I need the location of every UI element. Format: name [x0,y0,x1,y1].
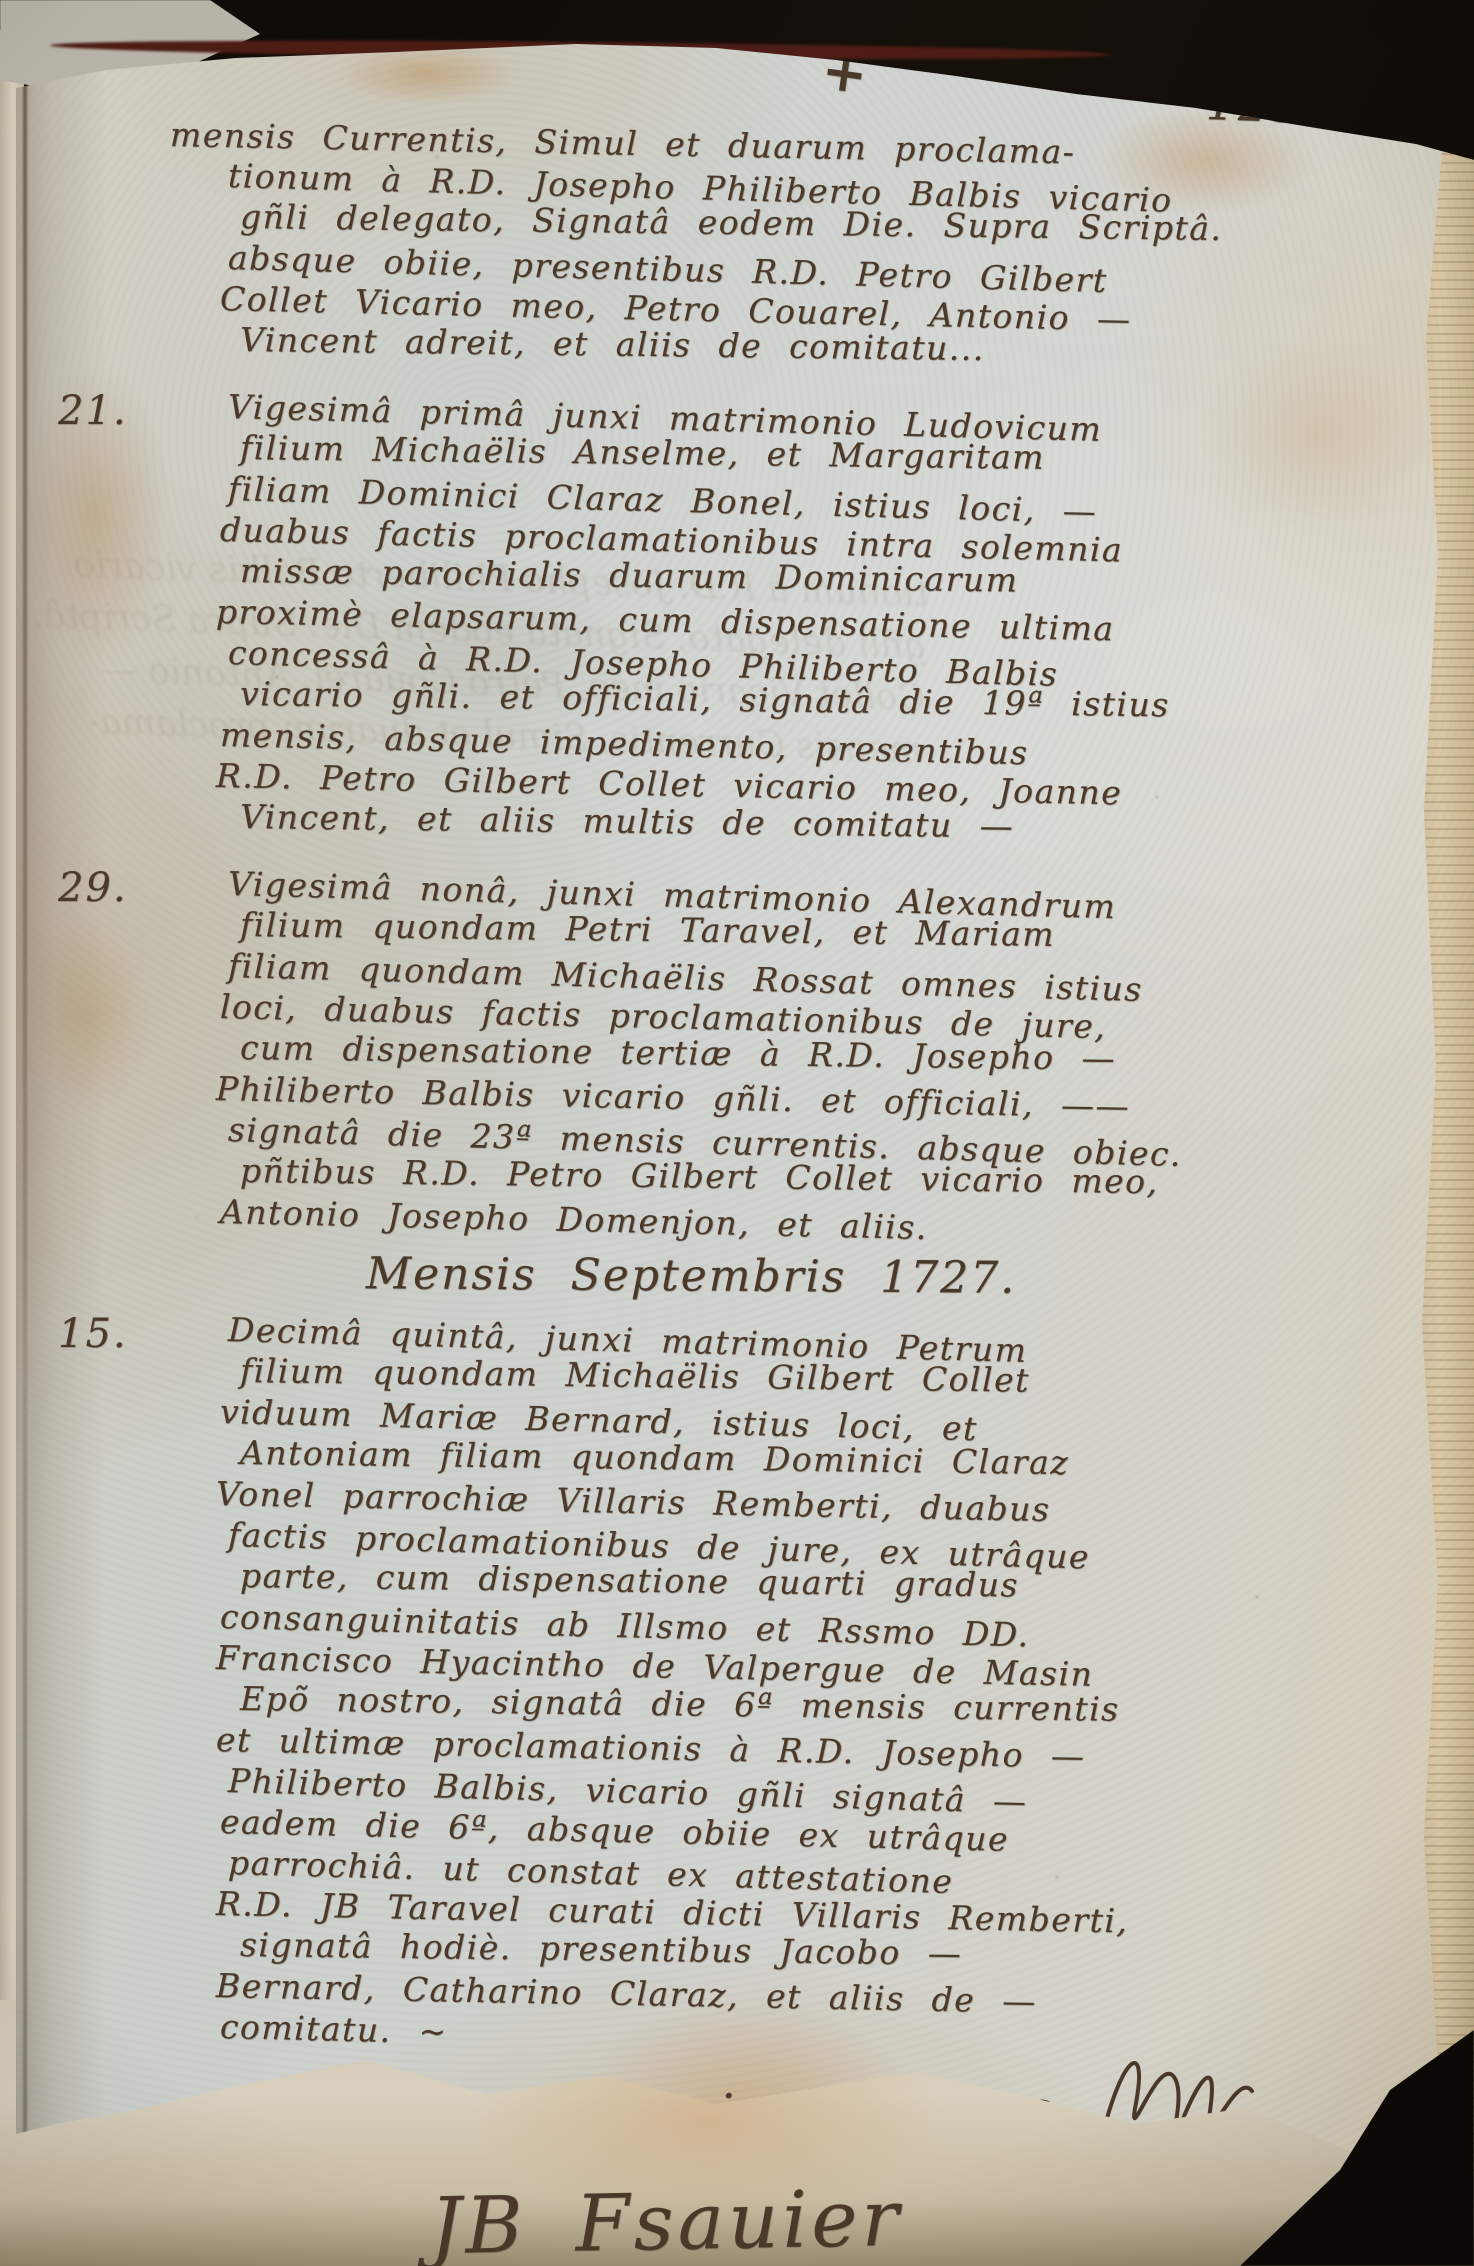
entry-continuation: mensis Currentis, Simul et duarum procla… [216,114,1446,360]
manuscript-photo: JB Fsauier tionum à R.D. Josepho Philibe… [0,0,1474,2266]
entry-29: 29. Vigesimâ nonâ, junxi matrimonio Alex… [216,863,1446,1232]
manuscript-line: mensis Currentis, Simul et duarum procla… [170,114,1447,179]
manuscript-line: loci, duabus factis proclamationibus de … [220,986,1447,1055]
manuscript-line: Collet Vicario meo, Petro Couarel, Anton… [220,278,1447,347]
page-number: 123. [1205,76,1321,134]
manuscript-line: parrochiâ. ut constat ex attestatione [227,1842,1446,1915]
manuscript-line: R.D. Petro Gilbert Collet vicario meo, J… [216,755,1447,820]
manuscript-line: viduum Mariæ Bernard, istius loci, et [220,1391,1447,1460]
stain [22,366,172,666]
manuscript-line: Antoniam filiam quondam Dominici Claraz [240,1432,1446,1488]
entry-number-21: 21. [58,388,128,434]
manuscript-line: signatâ hodiè. presentibus Jacobo — [240,1924,1446,1980]
manuscript-line: filiam quondam Michaëlis Rossat omnes is… [227,945,1446,1018]
manuscript-line: filium quondam Michaëlis Gilbert Collet [240,1350,1446,1406]
manuscript-line: factis proclamationibus de jure, ex utrâ… [227,1514,1446,1587]
manuscript-line: Vincent adreit, et aliis de comitatu... [240,319,1446,375]
manuscript-line: duabus factis proclamationibus intra sol… [220,509,1447,578]
manuscript-line: Philiberto Balbis, vicario gñli signatâ … [227,1760,1446,1833]
manuscript-line: missæ parochialis duarum Dominicarum [240,550,1446,606]
manuscript-line: filium quondam Petri Taravel, et Mariam [240,904,1446,960]
stain [1196,336,1436,536]
manuscript-line: Vonel parrochiæ Villaris Remberti, duabu… [216,1473,1447,1538]
manuscript-line: R.D. JB Taravel curati dicti Villaris Re… [216,1883,1447,1948]
entry-number-15: 15. [58,1311,128,1357]
manuscript-line: absque obiie, presentibus R.D. Petro Gil… [227,237,1446,310]
manuscript-line: Antonio Josepho Domenjon, et aliis. [220,1191,1447,1260]
entry-21: 21. Vigesimâ primâ junxi matrimonio Ludo… [216,386,1446,837]
manuscript-line: proximè elapsarum, cum dispensatione ult… [216,591,1447,656]
entry-number-29: 29. [58,865,128,911]
manuscript-line: Vigesimâ nonâ, junxi matrimonio Alexandr… [227,863,1446,936]
manuscript-line: filium Michaëlis Anselme, et Margaritam [240,427,1446,483]
manuscript-line: comitatu. ~ [220,2006,1447,2075]
entry-15: 15. Decimâ quintâ, junxi matrimonio Petr… [216,1309,1446,2047]
manuscript-line: cum dispensatione tertiæ à R.D. Josepho … [240,1027,1446,1083]
manuscript-line: filiam Dominici Claraz Bonel, istius loc… [227,468,1446,541]
manuscript-line: eadem die 6ª, absque obiie ex utrâque [220,1801,1447,1870]
manuscript-line: Bernard, Catharino Claraz, et aliis de — [216,1965,1447,2030]
manuscript-line: tionum à R.D. Josepho Philiberto Balbis … [227,155,1446,228]
manuscript-line: Philiberto Balbis vicario gñli. et offic… [216,1068,1447,1133]
stain [1096,106,1316,216]
next-page-signature-glimpse: JB Fsauier [429,2174,903,2266]
month-heading: Mensis Septembris 1727. [366,1248,1446,1307]
manuscript-line: vicario gñli. et officiali, signatâ die … [240,673,1446,729]
manuscript-line: pñtibus R.D. Petro Gilbert Collet vicari… [240,1150,1446,1206]
manuscript-line: concessâ à R.D. Josepho Philiberto Balbi… [227,632,1446,705]
stain [346,556,646,756]
manuscript-line: Epõ nostro, signatâ die 6ª mensis curren… [240,1678,1446,1734]
manuscript-line: Francisco Hyacintho de Valpergue de Masi… [216,1637,1447,1702]
manuscript-line: Vigesimâ primâ junxi matrimonio Ludovicu… [227,386,1446,459]
manuscript-line: et ultimæ proclamationis à R.D. Josepho … [216,1719,1447,1784]
manuscript-line: consanguinitatis ab Illsmo et Rssmo DD. [220,1596,1447,1665]
register-page: tionum à R.D. Josepho Philiberto Balbis … [16,36,1474,2266]
page-fore-edge [1418,126,1474,2266]
manuscript-line: signatâ die 23ª mensis currentis. absque… [227,1109,1446,1182]
manuscript-line: mensis, absque impedimento, presentibus [220,714,1447,783]
manuscript-line: parte, cum dispensatione quarti gradus [240,1555,1446,1611]
manuscript-line: Decimâ quintâ, junxi matrimonio Petrum [227,1309,1446,1382]
binding-crease [23,36,27,2266]
stain [30,916,150,1116]
text-column: mensis Currentis, Simul et duarum procla… [216,114,1446,2211]
manuscript-line: gñli delegato, Signatâ eodem Die. Supra … [240,196,1446,252]
manuscript-line: Vincent, et aliis multis de comitatu — [240,796,1446,852]
ink-bleed-through: tionum à R.D. Josepho Philiberto Balbis … [163,543,930,777]
